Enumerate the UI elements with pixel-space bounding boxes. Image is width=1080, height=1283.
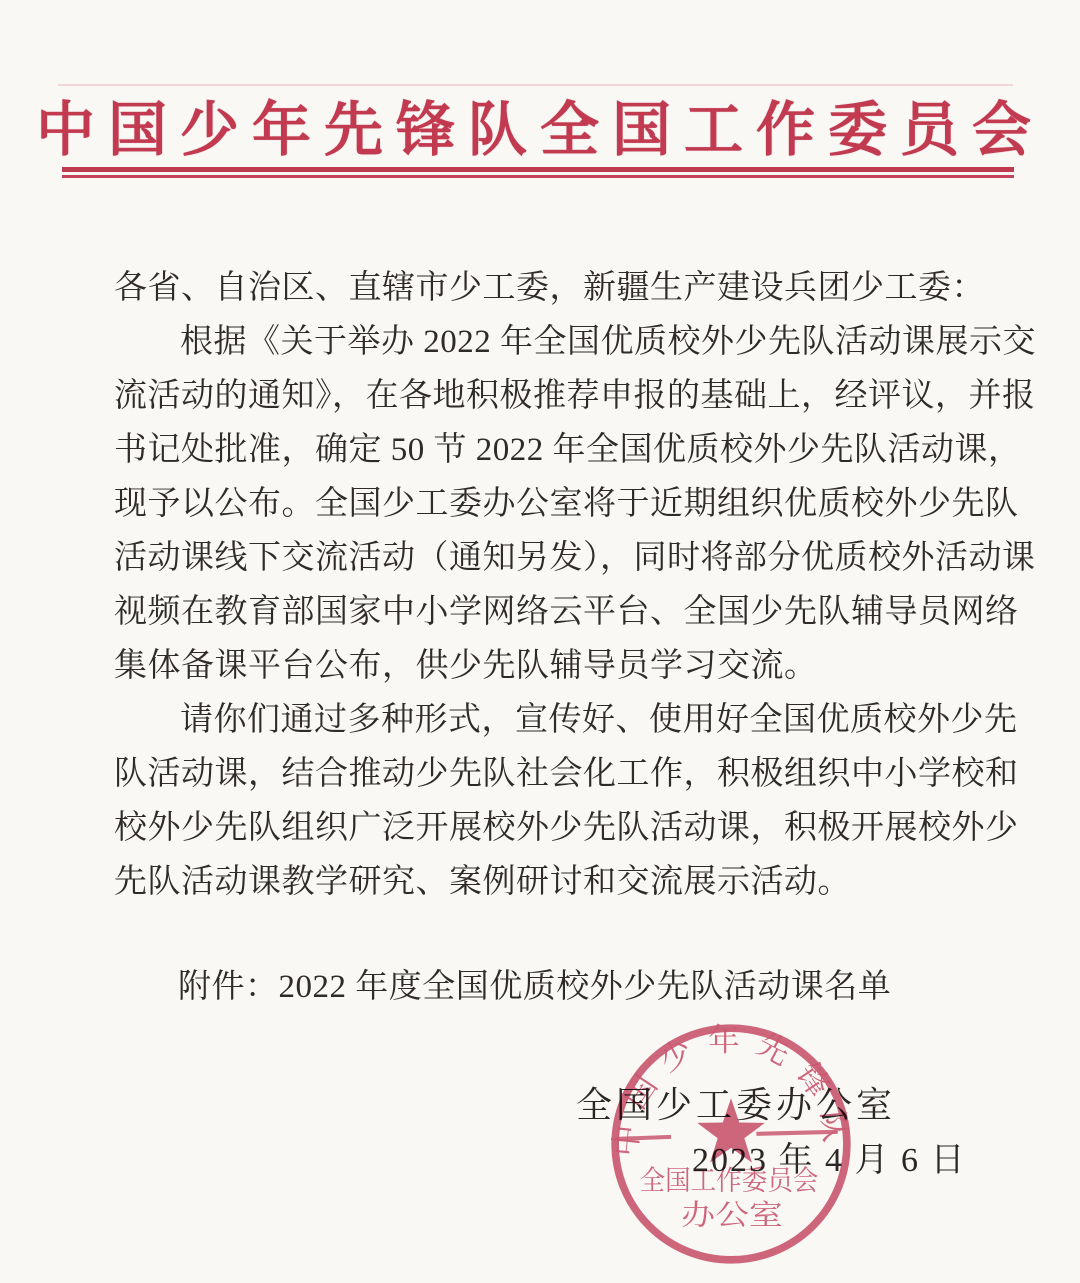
document-page: 中国少年先锋队全国工作委员会 各省、自治区、直辖市少工委，新疆生产建设兵团少工委… (0, 0, 1080, 1283)
body-line: 视频在教育部国家中小学网络云平台、全国少先队辅导员网络 (114, 585, 984, 639)
letterhead-title: 中国少年先锋队全国工作委员会 (0, 82, 1080, 167)
red-star-icon (697, 1098, 765, 1162)
seal-right-line (756, 1132, 837, 1134)
body-line: 先队活动课教学研究、案例研讨和交流展示活动。 (114, 855, 984, 909)
body-line: 校外少先队组织广泛开展校外少先队活动课，积极开展校外少 (114, 801, 984, 855)
body-line: 流活动的通知》，在各地积极推荐申报的基础上，经评议，并报 (114, 369, 984, 423)
official-seal: 中国少年先锋队 全国工作委员会 办公室 (608, 1018, 854, 1270)
attachment-line: 附件：2022 年度全国优质校外少先队活动课名单 (178, 960, 891, 1014)
letterhead-divider (62, 167, 1014, 178)
body-line: 现予以公布。全国少工委办公室将于近期组织优质校外少先队 (114, 477, 984, 531)
body-line: 各省、自治区、直辖市少工委，新疆生产建设兵团少工委： (114, 261, 984, 315)
body-line: 活动课线下交流活动（通知另发），同时将部分优质校外活动课 (114, 531, 984, 585)
body-line: 请你们通过多种形式，宣传好、使用好全国优质校外少先 (114, 693, 984, 747)
body-line: 根据《关于举办 2022 年全国优质校外少先队活动课展示交 (114, 315, 984, 369)
seal-committee-text: 全国工作委员会 (640, 1166, 819, 1196)
divider-thin-line (62, 175, 1014, 178)
body-line: 队活动课，结合推动少先队社会化工作，积极组织中小学校和 (114, 747, 984, 801)
body-line: 集体备课平台公布，供少先队辅导员学习交流。 (114, 639, 984, 693)
seal-office-text: 办公室 (681, 1199, 783, 1231)
letter-body: 各省、自治区、直辖市少工委，新疆生产建设兵团少工委： 根据《关于举办 2022 … (114, 261, 984, 909)
body-line: 书记处批准，确定 50 节 2022 年全国优质校外少先队活动课， (114, 423, 984, 477)
seal-left-line (616, 1137, 671, 1139)
